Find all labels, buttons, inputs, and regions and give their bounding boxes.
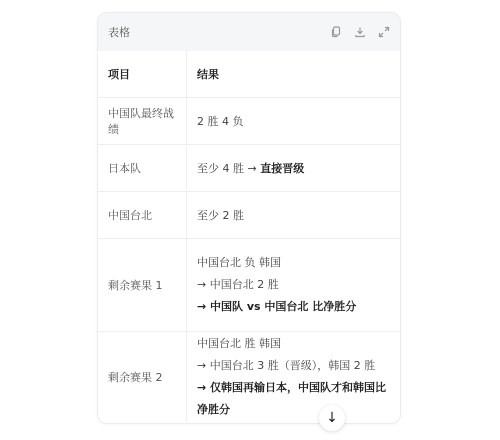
card-toolbar [330,26,390,38]
table-card: 表格 项目 结果 中国队最终战绩 2 胜 4 负 日本队 至少 4 胜 → 直接… [97,12,401,424]
results-table: 项目 结果 中国队最终战绩 2 胜 4 负 日本队 至少 4 胜 → 直接晋级 … [98,51,400,422]
card-title: 表格 [108,24,130,40]
table-header-row: 项目 结果 [98,51,400,98]
column-header-item: 项目 [98,51,187,98]
table-row: 中国台北 至少 2 胜 [98,192,400,239]
row-value: 中国台北 胜 韩国 → 中国台北 3 胜（晋级），韩国 2 胜 → 仅韩国再输日… [187,332,401,423]
column-header-result: 结果 [187,51,401,98]
row-key: 日本队 [98,145,187,192]
scroll-down-button[interactable]: ↓ [319,405,345,431]
row-value: 2 胜 4 负 [187,98,401,145]
row-value: 中国台北 负 韩国 → 中国台北 2 胜 → 中国队 vs 中国台北 比净胜分 [187,239,401,332]
table-row: 剩余赛果 2 中国台北 胜 韩国 → 中国台北 3 胜（晋级），韩国 2 胜 →… [98,332,400,423]
table-row: 日本队 至少 4 胜 → 直接晋级 [98,145,400,192]
expand-icon[interactable] [378,26,390,38]
row-value: 至少 4 胜 → 直接晋级 [187,145,401,192]
row-key: 剩余赛果 1 [98,239,187,332]
download-icon[interactable] [354,26,366,38]
row-key: 中国队最终战绩 [98,98,187,145]
row-value: 至少 2 胜 [187,192,401,239]
card-header: 表格 [98,13,400,51]
copy-icon[interactable] [330,26,342,38]
table-row: 剩余赛果 1 中国台北 负 韩国 → 中国台北 2 胜 → 中国队 vs 中国台… [98,239,400,332]
table-row: 中国队最终战绩 2 胜 4 负 [98,98,400,145]
arrow-down-icon: ↓ [326,410,338,426]
row-key: 剩余赛果 2 [98,332,187,423]
row-key: 中国台北 [98,192,187,239]
